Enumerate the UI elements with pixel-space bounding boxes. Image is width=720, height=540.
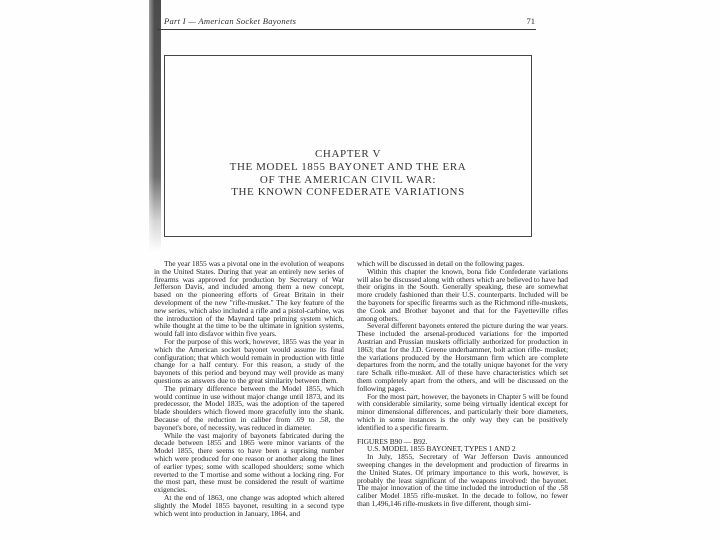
page-number: 71	[527, 16, 537, 27]
running-header: Part I — American Socket Bayonets 71	[157, 16, 536, 30]
paragraph: Within this chapter the known, bona fide…	[357, 268, 568, 323]
body-columns: The year 1855 was a pivotal one in the e…	[154, 260, 568, 540]
right-column: which will be discussed in detail on the…	[357, 260, 568, 540]
chapter-title-line: CHAPTER V	[165, 148, 531, 161]
paragraph: At the end of 1863, one change was adopt…	[154, 494, 344, 517]
chapter-title-box: CHAPTER VTHE MODEL 1855 BAYONET AND THE …	[164, 55, 532, 237]
chapter-title-line: THE MODEL 1855 BAYONET AND THE ERA	[165, 161, 531, 174]
chapter-title-line: OF THE AMERICAN CIVIL WAR:	[165, 174, 531, 187]
left-column: The year 1855 was a pivotal one in the e…	[154, 260, 344, 540]
paragraph: For the purpose of this work, however, 1…	[154, 338, 344, 385]
running-header-title: Part I — American Socket Bayonets	[157, 16, 296, 27]
paragraph: The primary difference between the Model…	[154, 385, 344, 432]
right-column-paragraphs: Within this chapter the known, bona fide…	[357, 268, 568, 432]
scanned-book-page: Part I — American Socket Bayonets 71 CHA…	[0, 0, 720, 540]
chapter-title-line: THE KNOWN CONFEDERATE VARIATIONS	[165, 186, 531, 199]
paragraph: For the most part, however, the bayonets…	[357, 393, 568, 432]
paragraph: Several different bayonets entered the p…	[357, 322, 568, 392]
page-gutter-shadow	[149, 0, 161, 252]
paragraph: In July, 1855, Secretary of War Jefferso…	[357, 453, 568, 508]
paragraph: The year 1855 was a pivotal one in the e…	[154, 260, 344, 338]
paragraph: While the vast majority of bayonets fabr…	[154, 432, 344, 494]
